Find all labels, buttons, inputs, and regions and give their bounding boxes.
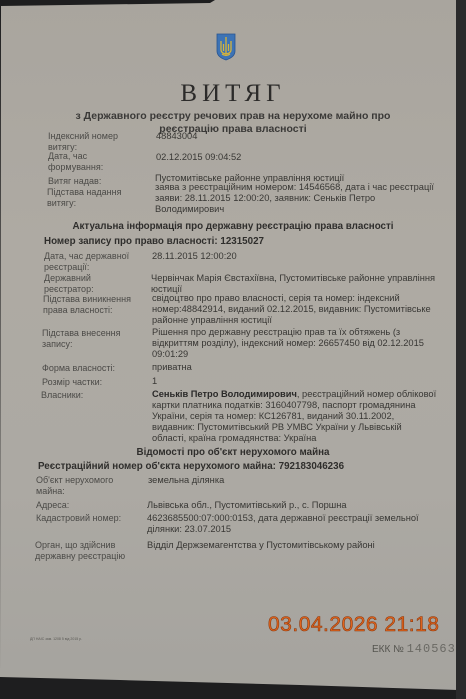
field-label-owners: Власники:	[41, 390, 83, 401]
field-label-ownership-basis: Підстава виникненняправа власності:	[43, 294, 131, 315]
field-label-registration-date: Дата, час державноїреєстрації:	[44, 251, 129, 272]
field-label-entry-basis: Підстава внесеннязапису:	[42, 328, 121, 349]
section-heading-ownership: Актуальна інформація про державну реєстр…	[0, 221, 466, 232]
document-title: ВИТЯГ	[0, 80, 466, 108]
field-label-extract-index: Індексний номервитягу:	[48, 131, 118, 152]
field-value-extract-index: 48843004	[156, 131, 197, 142]
photo-timestamp: 03.04.2026 21:18	[268, 613, 440, 637]
field-value-property-object: земельна ділянка	[148, 475, 224, 486]
field-value-share-size: 1	[152, 376, 157, 387]
field-label-share-size: Розмір частки:	[42, 377, 102, 388]
field-label-formation-date: Дата, часформування:	[48, 151, 103, 172]
field-value-registrar: Червінчак Марія Євстахіївна, Пустомитівс…	[151, 273, 435, 295]
field-label-issued-by: Витяг надав:	[48, 176, 101, 187]
field-value-issue-basis: заява з реєстраційним номером: 14546568,…	[155, 182, 434, 215]
field-label-registration-authority: Орган, що здійснивдержавну реєстрацію	[35, 540, 125, 561]
field-value-cadastral-number: 4623685500:07:000:0153, дата державної р…	[147, 513, 419, 535]
field-value-entry-basis: Рішення про державну реєстрацію прав та …	[152, 327, 424, 360]
field-value-ownership-basis: свідоцтво про право власності, серія та …	[152, 293, 431, 326]
field-value-registration-date: 28.11.2015 12:00:20	[152, 251, 237, 262]
field-value-ownership-form: приватна	[152, 362, 192, 373]
field-value-owners: Сеньків Петро Володимирович, реєстраційн…	[152, 389, 436, 444]
coat-of-arms-icon	[216, 33, 236, 61]
field-label-ownership-form: Форма власності:	[42, 363, 115, 374]
field-value-formation-date: 02.12.2015 09:04:52	[156, 152, 241, 163]
field-value-registration-authority: Відділ Держземагентства у Пустомитівсько…	[147, 540, 375, 551]
field-value-address: Львівська обл., Пустомитівський р., с. П…	[147, 500, 347, 511]
section-heading-property: Відомості про об'єкт нерухомого майна	[0, 447, 466, 458]
ekk-serial: ЕКК № 140563	[372, 642, 456, 656]
property-registration-number: Реєстраційний номер об'єкта нерухомого м…	[38, 461, 344, 472]
field-label-cadastral-number: Кадастровий номер:	[36, 513, 121, 524]
footer-print-info: ДП НАІС зам. 1208 5 від 2015 р.	[30, 637, 82, 641]
ownership-record-number: Номер запису про право власності: 123150…	[44, 236, 264, 247]
owner-name: Сеньків Петро Володимирович	[152, 389, 297, 399]
field-label-property-object: Об'єкт нерухомогомайна:	[36, 475, 113, 496]
field-label-issue-basis: Підстава наданнявитягу:	[47, 187, 121, 208]
field-label-address: Адреса:	[36, 500, 69, 511]
field-label-registrar: Державнийреєстратор:	[44, 273, 94, 294]
